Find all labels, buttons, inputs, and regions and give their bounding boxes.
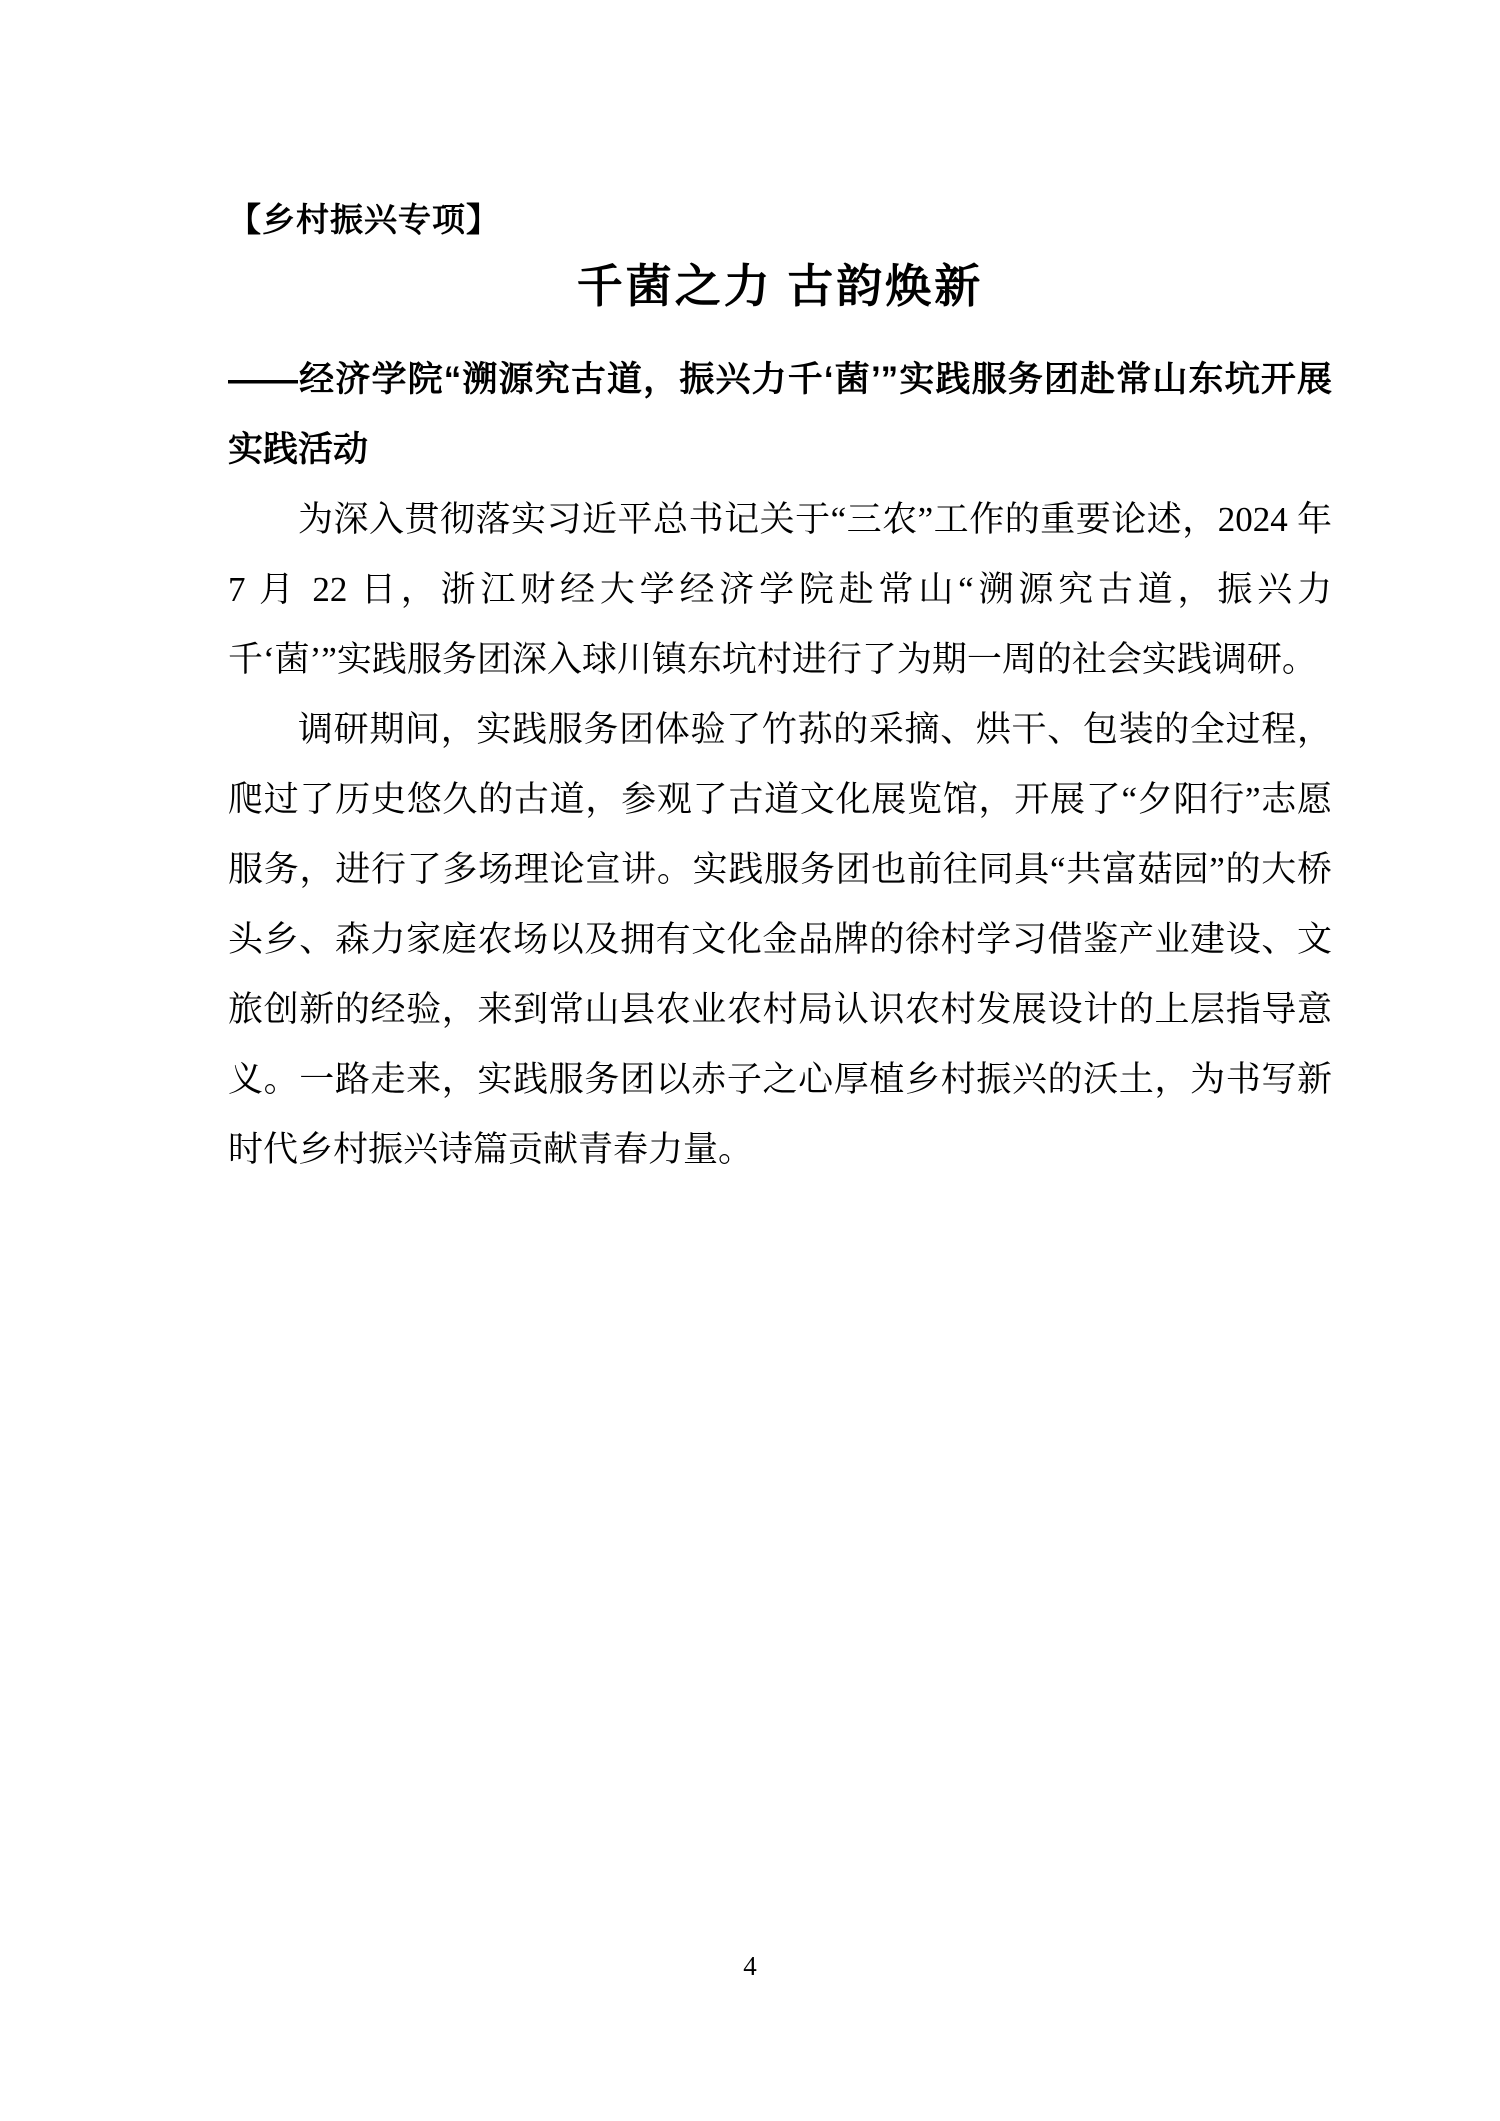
document-page: 【乡村振兴专项】 千菌之力 古韵焕新 ——经济学院“溯源究古道，振兴力千‘菌’”… <box>0 0 1500 2121</box>
section-tag: 【乡村振兴专项】 <box>228 196 1332 244</box>
body-paragraph-1: 为深入贯彻落实习近平总书记关于“三农”工作的重要论述，2024 年 7 月 22… <box>228 485 1332 695</box>
article-title: 千菌之力 古韵焕新 <box>228 252 1332 322</box>
body-paragraph-2: 调研期间，实践服务团体验了竹荪的采摘、烘干、包装的全过程，爬过了历史悠久的古道，… <box>228 695 1332 1185</box>
page-content: 【乡村振兴专项】 千菌之力 古韵焕新 ——经济学院“溯源究古道，振兴力千‘菌’”… <box>228 196 1332 1185</box>
page-number: 4 <box>0 1948 1500 1984</box>
article-subtitle: ——经济学院“溯源究古道，振兴力千‘菌’”实践服务团赴常山东坑开展实践活动 <box>228 345 1332 485</box>
